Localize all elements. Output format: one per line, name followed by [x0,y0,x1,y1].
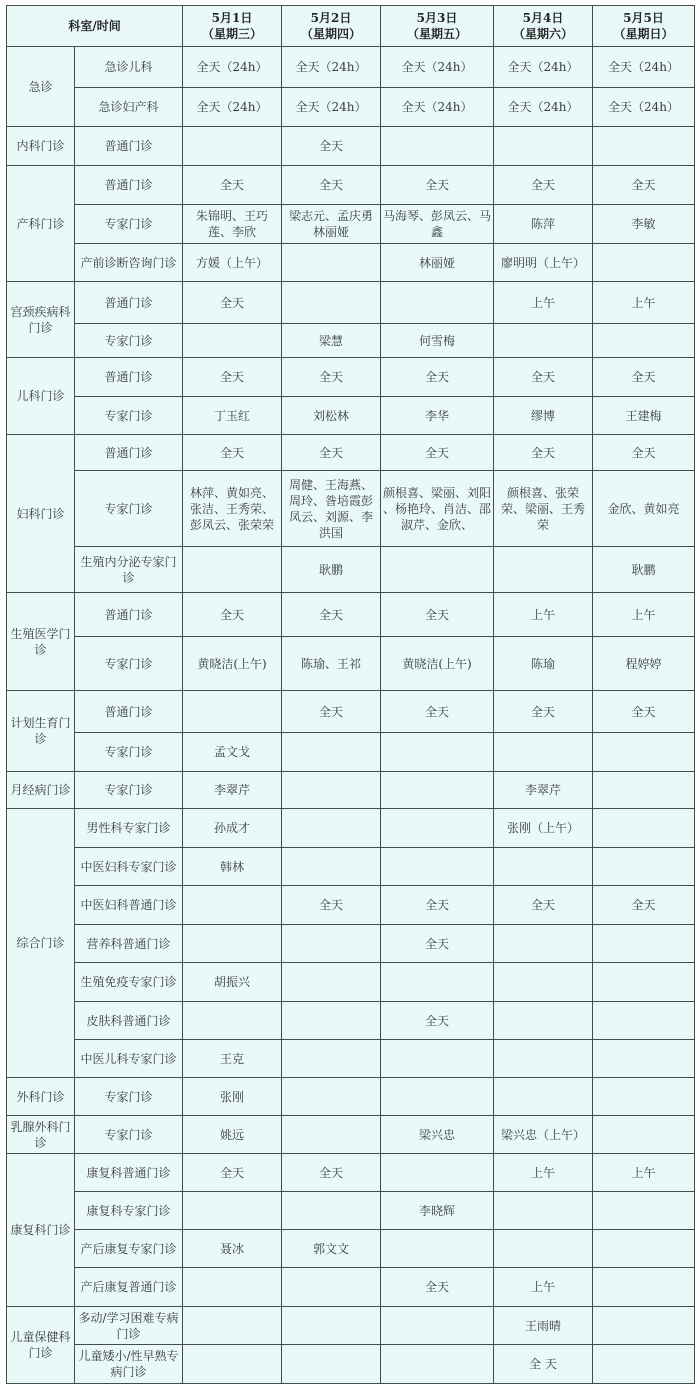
schedule-cell: 全 天 [494,1345,593,1384]
schedule-cell: 全天（24h） [593,47,695,88]
schedule-cell: 孙成才 [183,809,282,848]
schedule-cell: 胡振兴 [183,963,282,1002]
schedule-cell [381,848,494,886]
clinic-name: 急诊儿科 [75,47,183,88]
clinic-name: 中医儿科专家门诊 [75,1040,183,1078]
day-header: 5月3日（星期五） [381,6,494,47]
schedule-cell: 全天 [593,886,695,925]
schedule-cell: 全天 [282,435,381,471]
schedule-cell [381,1307,494,1345]
schedule-cell [381,1345,494,1384]
schedule-cell: 全天（24h） [494,47,593,88]
schedule-cell: 全天 [381,435,494,471]
department-name: 宫颈疾病科门诊 [7,282,75,358]
schedule-cell [183,1307,282,1345]
day-header: 5月1日（星期三） [183,6,282,47]
schedule-cell [593,733,695,772]
department-name: 妇科门诊 [7,435,75,593]
schedule-cell: 全天 [381,886,494,925]
schedule-cell: 林丽娅 [381,244,494,282]
schedule-cell: 张刚 [183,1078,282,1116]
clinic-schedule-table: 科室/时间 5月1日（星期三） 5月2日（星期四） 5月3日（星期五） 5月4日… [6,5,695,1384]
table-row: 产后康复专家门诊聂冰郭文文 [7,1230,695,1268]
schedule-cell [282,809,381,848]
schedule-cell [282,963,381,1002]
day-header: 5月2日（星期四） [282,6,381,47]
clinic-name: 专家门诊 [75,324,183,358]
schedule-cell [593,1345,695,1384]
table-row: 专家门诊朱锦明、王巧莲、李欣梁志元、孟庆勇林丽娅马海琴、彭凤云、马鑫陈萍李敏 [7,205,695,244]
schedule-cell [494,963,593,1002]
schedule-cell: 陈萍 [494,205,593,244]
schedule-cell: 全天 [381,593,494,637]
schedule-cell [593,848,695,886]
schedule-cell: 李敏 [593,205,695,244]
clinic-name: 专家门诊 [75,637,183,691]
schedule-cell: 全天 [183,166,282,205]
schedule-cell: 全天（24h） [183,47,282,88]
department-name: 生殖医学门诊 [7,593,75,691]
schedule-cell [282,1116,381,1154]
schedule-cell [183,691,282,733]
department-name: 乳腺外科门诊 [7,1116,75,1154]
schedule-cell [381,127,494,166]
table-row: 外科门诊专家门诊张刚 [7,1078,695,1116]
schedule-cell: 全天 [381,1002,494,1040]
schedule-cell: 李华 [381,397,494,435]
schedule-cell: 全天 [494,691,593,733]
schedule-cell [282,1078,381,1116]
schedule-cell [381,733,494,772]
table-row: 儿童保健科门诊多动/学习困难专病门诊王雨晴 [7,1307,695,1345]
schedule-cell: 上午 [494,1154,593,1192]
clinic-name: 中医妇科普通门诊 [75,886,183,925]
schedule-cell: 全天 [593,166,695,205]
table-row: 急诊妇产科全天（24h）全天（24h）全天（24h）全天（24h）全天（24h） [7,88,695,127]
schedule-cell: 全天（24h） [282,88,381,127]
schedule-cell: 全天 [282,886,381,925]
schedule-cell [282,1345,381,1384]
schedule-cell: 全天 [381,166,494,205]
table-row: 妇科门诊普通门诊全天全天全天全天全天 [7,435,695,471]
schedule-cell [381,1230,494,1268]
schedule-cell: 全天 [282,166,381,205]
schedule-cell: 孟文戈 [183,733,282,772]
department-name: 内科门诊 [7,127,75,166]
schedule-cell: 刘松林 [282,397,381,435]
table-row: 儿科门诊普通门诊全天全天全天全天全天 [7,358,695,397]
department-name: 急诊 [7,47,75,127]
schedule-cell: 朱锦明、王巧莲、李欣 [183,205,282,244]
clinic-name: 康复科普通门诊 [75,1154,183,1192]
schedule-cell [494,324,593,358]
clinic-name: 康复科专家门诊 [75,1192,183,1230]
header-row: 科室/时间 5月1日（星期三） 5月2日（星期四） 5月3日（星期五） 5月4日… [7,6,695,47]
schedule-cell [494,1002,593,1040]
schedule-cell: 姚远 [183,1116,282,1154]
schedule-cell: 全天（24h） [282,47,381,88]
table-row: 康复科门诊康复科普通门诊全天全天上午上午 [7,1154,695,1192]
clinic-name: 普通门诊 [75,166,183,205]
schedule-cell [593,925,695,963]
schedule-cell: 全天（24h） [381,88,494,127]
clinic-name: 生殖免疫专家门诊 [75,963,183,1002]
schedule-cell: 李翠芹 [183,772,282,809]
schedule-cell [593,809,695,848]
clinic-name: 专家门诊 [75,1116,183,1154]
schedule-cell [381,282,494,324]
table-row: 生殖内分泌专家门诊耿鹏耿鹏 [7,547,695,593]
schedule-cell: 梁慧 [282,324,381,358]
table-row: 中医妇科专家门诊韩林 [7,848,695,886]
clinic-name: 普通门诊 [75,691,183,733]
clinic-name: 专家门诊 [75,397,183,435]
table-row: 计划生育门诊普通门诊全天全天全天全天 [7,691,695,733]
schedule-cell [593,244,695,282]
schedule-cell: 梁兴忠 [381,1116,494,1154]
schedule-cell: 全天 [381,1268,494,1307]
schedule-cell [183,925,282,963]
table-row: 内科门诊普通门诊全天 [7,127,695,166]
schedule-cell [494,925,593,963]
schedule-cell: 颜根喜、张荣荣、梁丽、王秀荣 [494,471,593,547]
table-row: 产后康复普通门诊全天上午 [7,1268,695,1307]
clinic-name: 生殖内分泌专家门诊 [75,547,183,593]
schedule-cell: 梁志元、孟庆勇林丽娅 [282,205,381,244]
table-row: 专家门诊黄晓洁(上午)陈瑜、王祁黄晓洁(上午)陈瑜程婷婷 [7,637,695,691]
table-row: 专家门诊林萍、黄如亮、张洁、王秀荣、彭凤云、张荣荣周健、王海燕、周玲、昝培霞彭凤… [7,471,695,547]
clinic-name: 产前诊断咨询门诊 [75,244,183,282]
schedule-cell [282,1002,381,1040]
schedule-cell: 全天 [494,886,593,925]
schedule-cell [282,733,381,772]
schedule-cell: 丁玉红 [183,397,282,435]
schedule-cell [593,1078,695,1116]
schedule-cell [183,1002,282,1040]
schedule-cell: 程婷婷 [593,637,695,691]
schedule-cell [593,1307,695,1345]
schedule-cell: 全天 [494,358,593,397]
clinic-name: 专家门诊 [75,772,183,809]
schedule-cell: 全天 [183,282,282,324]
schedule-cell: 全天（24h） [381,47,494,88]
department-name: 计划生育门诊 [7,691,75,772]
schedule-cell: 马海琴、彭凤云、马鑫 [381,205,494,244]
corner-header: 科室/时间 [7,6,183,47]
schedule-cell: 全天 [282,127,381,166]
schedule-cell [282,244,381,282]
clinic-name: 多动/学习困难专病门诊 [75,1307,183,1345]
schedule-cell [381,547,494,593]
schedule-cell: 全天 [593,435,695,471]
department-name: 外科门诊 [7,1078,75,1116]
day-header: 5月5日（星期日） [593,6,695,47]
schedule-cell: 王建梅 [593,397,695,435]
schedule-cell [593,324,695,358]
schedule-cell: 颜根喜、梁丽、刘阳 、杨艳玲、肖洁、邵淑芹、金欣、 [381,471,494,547]
schedule-cell [494,1078,593,1116]
clinic-name: 普通门诊 [75,127,183,166]
schedule-cell: 全天 [494,166,593,205]
schedule-cell: 陈瑜 [494,637,593,691]
schedule-cell: 全天 [381,925,494,963]
schedule-cell: 梁兴忠（上午） [494,1116,593,1154]
schedule-cell: 全天 [381,358,494,397]
table-row: 专家门诊孟文戈 [7,733,695,772]
schedule-cell: 郭文文 [282,1230,381,1268]
schedule-cell [494,1230,593,1268]
schedule-cell: 耿鹏 [282,547,381,593]
schedule-cell: 全天 [593,358,695,397]
schedule-cell: 王雨晴 [494,1307,593,1345]
table-row: 生殖医学门诊普通门诊全天全天全天上午上午 [7,593,695,637]
schedule-cell: 全天 [381,691,494,733]
table-row: 急诊急诊儿科全天（24h）全天（24h）全天（24h）全天（24h）全天（24h… [7,47,695,88]
table-row: 儿童矮小/性早熟专病门诊全 天 [7,1345,695,1384]
schedule-cell [282,1268,381,1307]
schedule-cell: 全天 [494,435,593,471]
schedule-body: 急诊急诊儿科全天（24h）全天（24h）全天（24h）全天（24h）全天（24h… [7,47,695,1384]
schedule-cell [593,1002,695,1040]
clinic-name: 普通门诊 [75,593,183,637]
clinic-name: 产后康复普通门诊 [75,1268,183,1307]
schedule-cell: 耿鹏 [593,547,695,593]
schedule-cell [494,733,593,772]
schedule-cell: 上午 [494,593,593,637]
schedule-cell [593,127,695,166]
schedule-cell: 全天（24h） [593,88,695,127]
schedule-cell [282,1192,381,1230]
schedule-cell [494,127,593,166]
schedule-cell: 上午 [494,282,593,324]
schedule-cell: 全天 [282,358,381,397]
schedule-cell: 金欣、黄如亮 [593,471,695,547]
department-name: 康复科门诊 [7,1154,75,1307]
schedule-cell: 全天 [282,691,381,733]
clinic-name: 普通门诊 [75,282,183,324]
schedule-cell [593,1230,695,1268]
schedule-cell [494,1192,593,1230]
schedule-cell [183,324,282,358]
schedule-cell [593,1268,695,1307]
clinic-name: 儿童矮小/性早熟专病门诊 [75,1345,183,1384]
schedule-cell [494,1040,593,1078]
table-row: 乳腺外科门诊专家门诊姚远梁兴忠梁兴忠（上午） [7,1116,695,1154]
schedule-cell [282,1040,381,1078]
department-name: 月经病门诊 [7,772,75,809]
schedule-cell: 张刚（上午） [494,809,593,848]
schedule-cell [381,1040,494,1078]
schedule-cell: 上午 [593,593,695,637]
schedule-cell [593,963,695,1002]
clinic-name: 急诊妇产科 [75,88,183,127]
table-row: 康复科专家门诊李晓辉 [7,1192,695,1230]
schedule-cell: 全天（24h） [494,88,593,127]
day-header: 5月4日（星期六） [494,6,593,47]
table-row: 营养科普通门诊全天 [7,925,695,963]
schedule-cell: 全天 [183,1154,282,1192]
schedule-cell: 陈瑜、王祁 [282,637,381,691]
schedule-cell [183,886,282,925]
clinic-name: 专家门诊 [75,733,183,772]
schedule-cell: 李晓辉 [381,1192,494,1230]
schedule-cell: 周健、王海燕、周玲、昝培霞彭凤云、刘源、李洪国 [282,471,381,547]
schedule-cell: 全天 [282,593,381,637]
clinic-name: 普通门诊 [75,435,183,471]
department-name: 儿科门诊 [7,358,75,435]
schedule-cell [282,1307,381,1345]
schedule-cell: 李翠芹 [494,772,593,809]
schedule-cell: 全天 [183,435,282,471]
schedule-cell: 黄晓洁(上午) [381,637,494,691]
schedule-cell [282,925,381,963]
schedule-cell: 上午 [593,282,695,324]
clinic-name: 产后康复专家门诊 [75,1230,183,1268]
schedule-cell: 何雪梅 [381,324,494,358]
clinic-name: 营养科普通门诊 [75,925,183,963]
schedule-cell: 全天 [282,1154,381,1192]
clinic-name: 男性科专家门诊 [75,809,183,848]
schedule-cell: 全天 [183,593,282,637]
table-row: 产前诊断咨询门诊方媛（上午）林丽娅廖明明（上午） [7,244,695,282]
table-row: 产科门诊普通门诊全天全天全天全天全天 [7,166,695,205]
schedule-cell [183,1192,282,1230]
schedule-cell: 黄晓洁(上午) [183,637,282,691]
schedule-cell: 全天 [183,358,282,397]
department-name: 儿童保健科门诊 [7,1307,75,1384]
schedule-cell [183,547,282,593]
clinic-name: 普通门诊 [75,358,183,397]
table-row: 宫颈疾病科门诊普通门诊全天上午上午 [7,282,695,324]
clinic-name: 皮肤科普通门诊 [75,1002,183,1040]
schedule-cell [381,1154,494,1192]
schedule-cell [282,282,381,324]
schedule-cell [593,1192,695,1230]
schedule-cell [381,809,494,848]
schedule-cell: 王克 [183,1040,282,1078]
schedule-cell: 全天（24h） [183,88,282,127]
department-name: 综合门诊 [7,809,75,1078]
schedule-cell: 上午 [494,1268,593,1307]
schedule-cell [381,963,494,1002]
schedule-cell: 上午 [593,1154,695,1192]
table-row: 皮肤科普通门诊全天 [7,1002,695,1040]
clinic-name: 专家门诊 [75,1078,183,1116]
schedule-cell [593,1116,695,1154]
schedule-cell: 缪博 [494,397,593,435]
schedule-cell [381,772,494,809]
schedule-cell [381,1078,494,1116]
schedule-cell: 全天 [593,691,695,733]
schedule-cell: 廖明明（上午） [494,244,593,282]
table-row: 中医儿科专家门诊王克 [7,1040,695,1078]
schedule-cell [494,547,593,593]
schedule-cell [494,848,593,886]
schedule-cell: 方媛（上午） [183,244,282,282]
schedule-cell: 韩林 [183,848,282,886]
table-row: 综合门诊男性科专家门诊孙成才张刚（上午） [7,809,695,848]
schedule-cell [282,848,381,886]
table-row: 生殖免疫专家门诊胡振兴 [7,963,695,1002]
table-row: 专家门诊丁玉红刘松林李华缪博王建梅 [7,397,695,435]
table-row: 专家门诊梁慧何雪梅 [7,324,695,358]
clinic-name: 专家门诊 [75,471,183,547]
schedule-cell: 聂冰 [183,1230,282,1268]
department-name: 产科门诊 [7,166,75,282]
schedule-cell [183,127,282,166]
table-row: 月经病门诊专家门诊李翠芹李翠芹 [7,772,695,809]
schedule-cell [593,1040,695,1078]
schedule-cell [593,772,695,809]
table-row: 中医妇科普通门诊全天全天全天全天 [7,886,695,925]
schedule-cell [183,1268,282,1307]
clinic-name: 中医妇科专家门诊 [75,848,183,886]
clinic-name: 专家门诊 [75,205,183,244]
schedule-cell [282,772,381,809]
schedule-cell: 林萍、黄如亮、张洁、王秀荣、彭凤云、张荣荣 [183,471,282,547]
schedule-cell [183,1345,282,1384]
